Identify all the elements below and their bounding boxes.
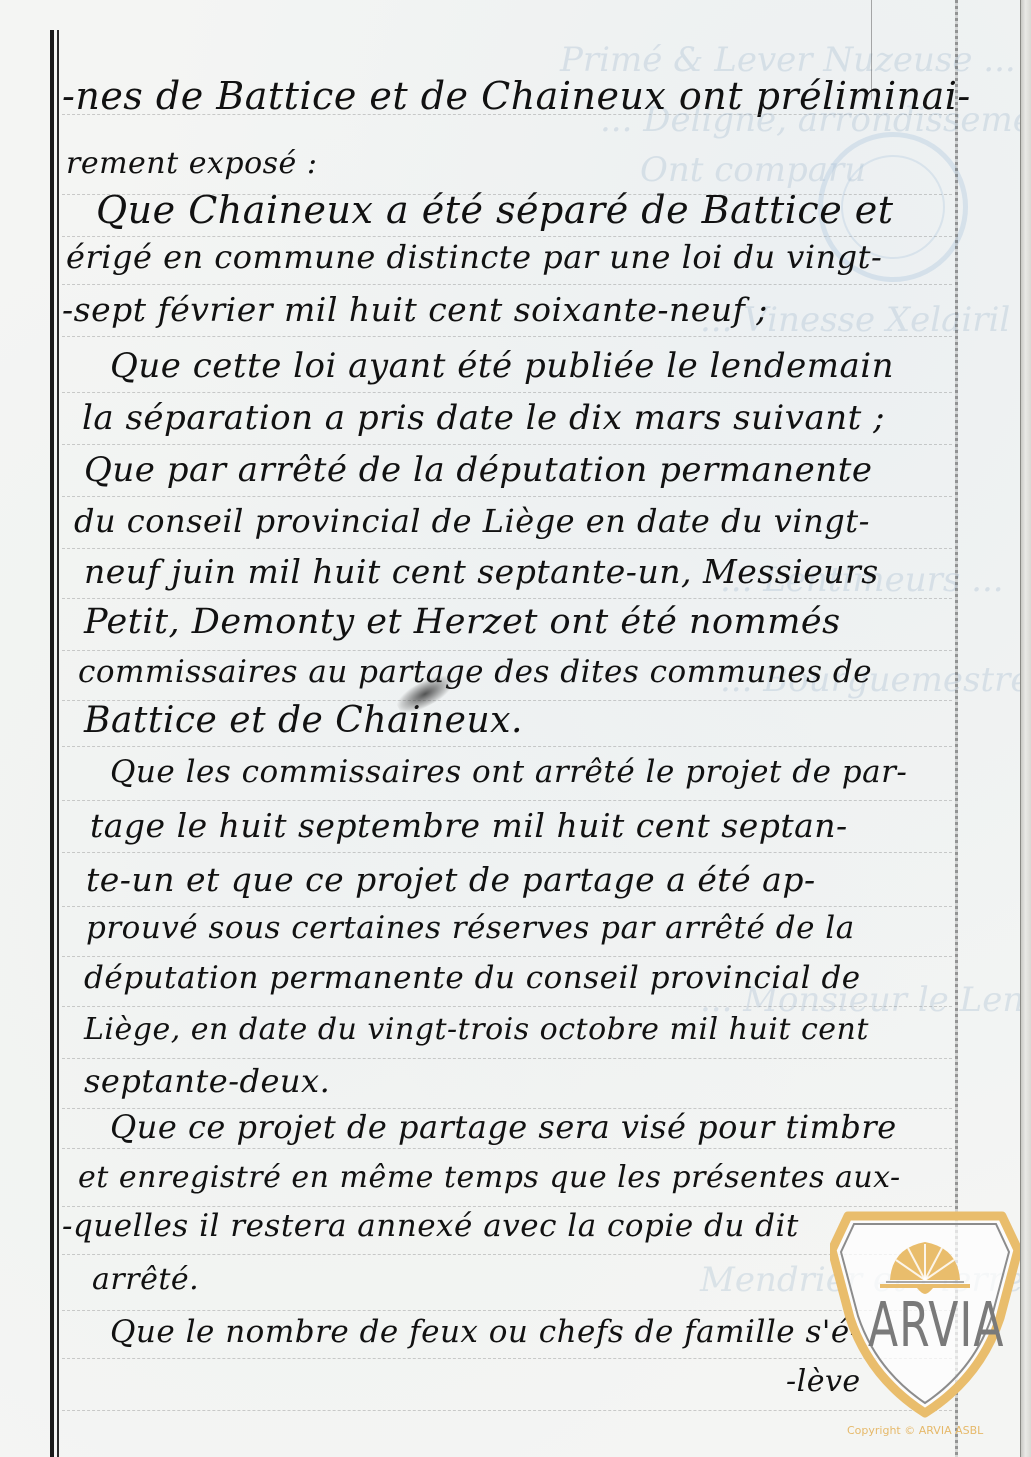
ruling-line (62, 650, 952, 651)
ruling-line (62, 548, 952, 549)
text-line: Petit, Demonty et Herzet ont été nommés (84, 602, 841, 642)
ruling-line (62, 1006, 952, 1007)
text-line: Que par arrêté de la députation permanen… (84, 450, 872, 490)
ruling-line (62, 284, 952, 285)
text-line: -sept février mil huit cent soixante-neu… (62, 290, 768, 329)
text-line: prouvé sous certaines réserves par arrêt… (86, 910, 855, 946)
text-line: Que cette loi ayant été publiée le lende… (110, 346, 894, 386)
ruling-line (62, 852, 952, 853)
watermark-brand-text: ARVIA (868, 1290, 988, 1361)
ruling-line (62, 700, 952, 701)
ruling-line (62, 236, 952, 237)
ruling-line (62, 392, 952, 393)
text-line: arrêté. (92, 1262, 199, 1297)
text-line: et enregistré en même temps que les prés… (78, 1160, 901, 1195)
text-line: Battice et de Chaineux. (84, 700, 523, 741)
text-line: Que ce projet de partage sera visé pour … (110, 1108, 897, 1146)
ruling-line (62, 194, 952, 195)
text-line: Que le nombre de feux ou chefs de famill… (110, 1314, 861, 1350)
ruling-line (62, 800, 952, 801)
text-line: du conseil provincial de Liège en date d… (74, 502, 870, 540)
ruling-line (62, 746, 952, 747)
ruling-line (62, 906, 952, 907)
ruling-line (62, 444, 952, 445)
document-page: Primé & Lever Nuzeuse ...... Deligne, ar… (0, 0, 1031, 1457)
ruling-line (62, 1410, 952, 1411)
text-line: septante-deux. (84, 1062, 330, 1100)
text-line: neuf juin mil huit cent septante-un, Mes… (84, 552, 879, 591)
text-line: -nes de Battice et de Chaineux ont préli… (62, 74, 971, 118)
text-line: la séparation a pris date le dix mars su… (82, 398, 885, 438)
ruling-line (62, 956, 952, 957)
text-line: érigé en commune distincte par une loi d… (66, 238, 882, 276)
ruling-line (62, 1254, 952, 1255)
ruling-line (62, 496, 952, 497)
ruling-line (62, 1358, 952, 1359)
ruling-line (62, 1148, 952, 1149)
text-line: te-un et que ce projet de partage a été … (86, 860, 816, 899)
ruling-line (62, 1310, 952, 1311)
text-line: rement exposé : (66, 146, 317, 181)
ruling-line (62, 1058, 952, 1059)
text-line: -quelles il restera annexé avec la copie… (62, 1208, 799, 1244)
text-line: Liège, en date du vingt-trois octobre mi… (84, 1012, 869, 1047)
text-line: Que les commissaires ont arrêté le proje… (110, 754, 907, 790)
text-line: tage le huit septembre mil huit cent sep… (90, 806, 848, 845)
text-line: députation permanente du conseil provinc… (84, 960, 861, 996)
ruling-line (62, 598, 952, 599)
ruling-line (62, 1206, 952, 1207)
ruling-line (62, 1108, 952, 1109)
text-line: commissaires au partage des dites commun… (78, 654, 872, 690)
ruling-line (62, 114, 952, 115)
ruling-line (62, 336, 952, 337)
copyright-notice: Copyright © ARVIA ASBL (847, 1424, 983, 1437)
